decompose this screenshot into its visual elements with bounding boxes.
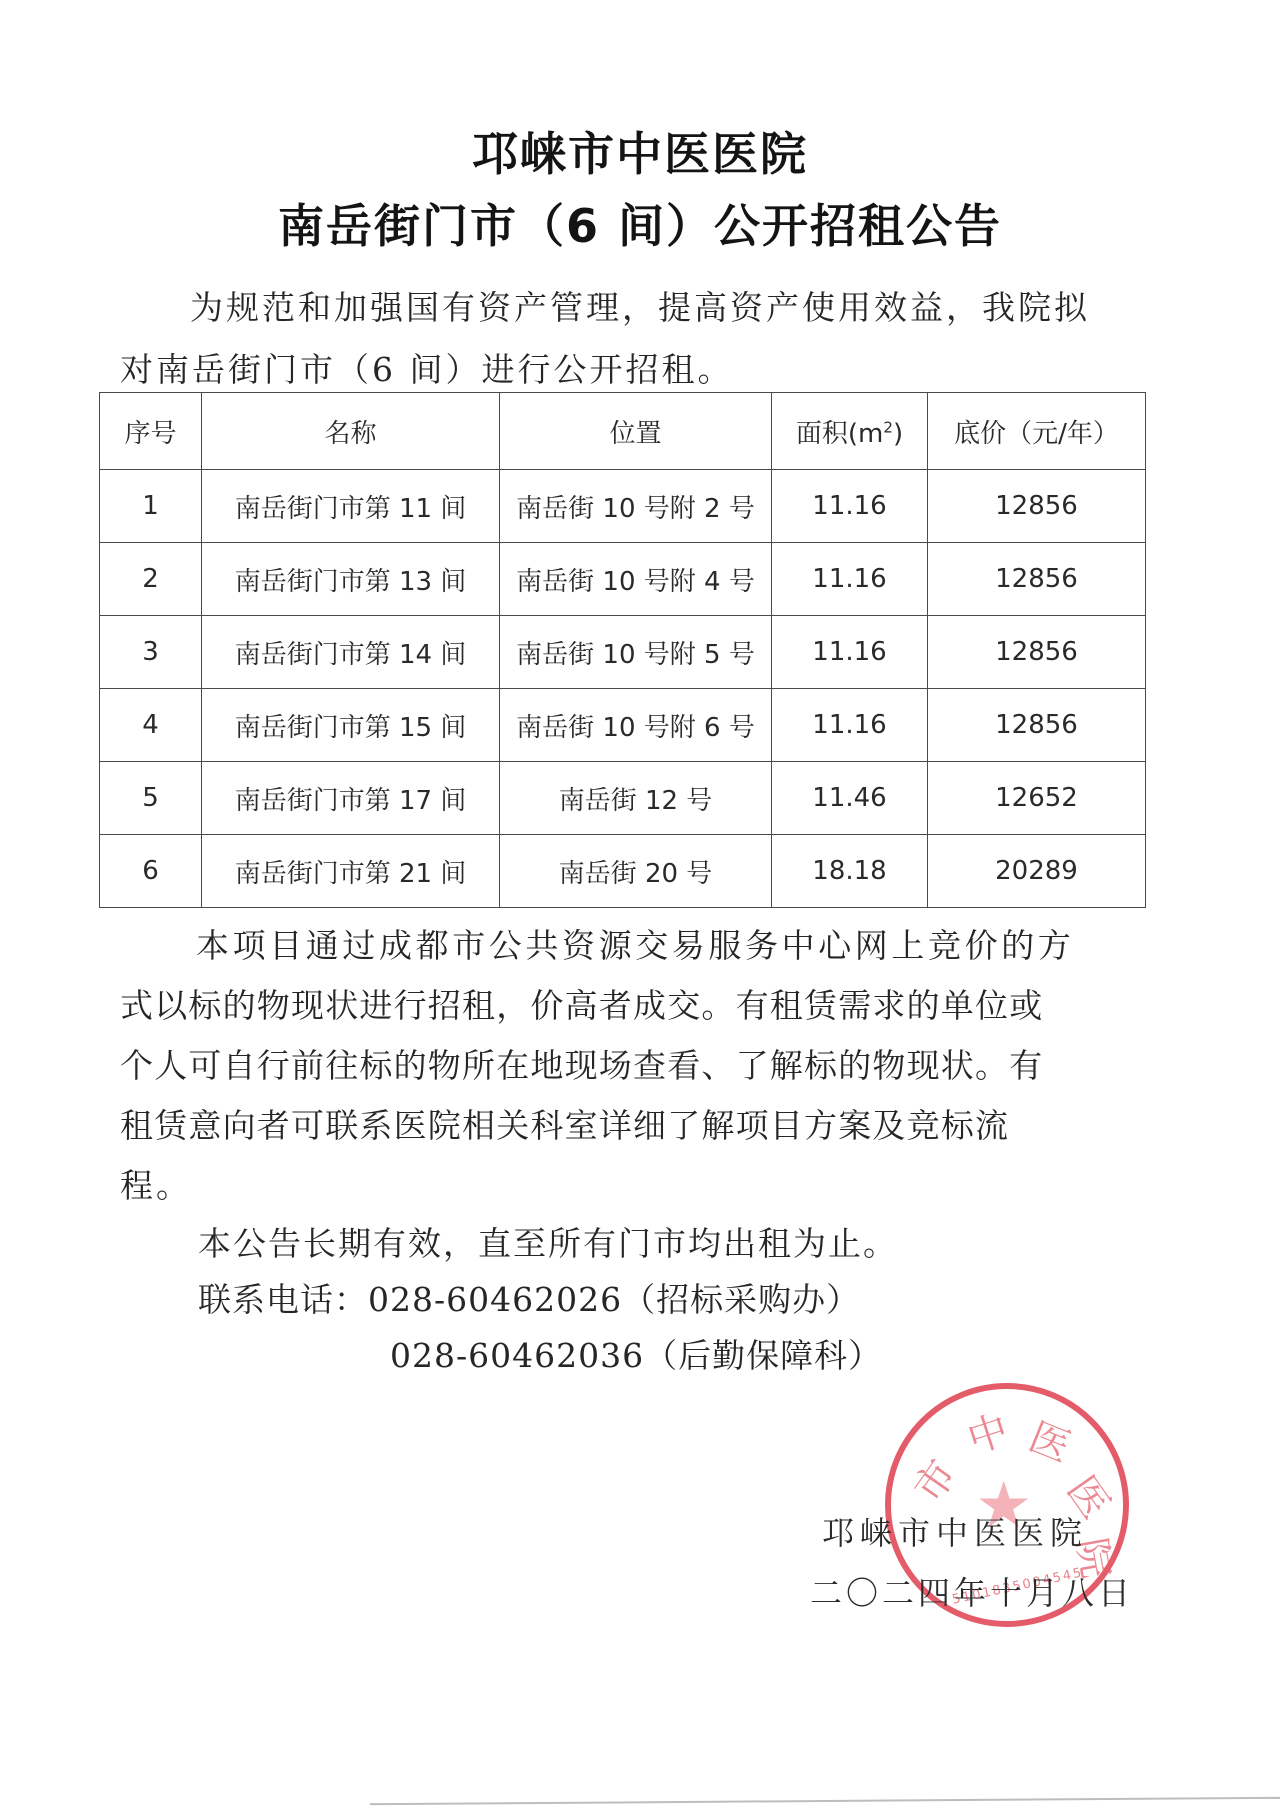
header-area-label: 面积(m [796, 419, 883, 449]
header-name: 名称 [202, 393, 500, 470]
cell-area: 11.16 [772, 689, 928, 762]
cell-index: 3 [100, 616, 202, 689]
cell-price: 12856 [928, 689, 1146, 762]
cell-location: 南岳街 10 号附 5 号 [500, 616, 772, 689]
title-announcement: 南岳街门市（6 间）公开招租公告 [0, 190, 1280, 256]
cell-price: 12652 [928, 762, 1146, 835]
title-hospital: 邛崃市中医医院 [0, 118, 1280, 184]
cell-area: 11.16 [772, 543, 928, 616]
validity-note: 本公告长期有效，直至所有门市均出租为止。 [198, 1218, 898, 1265]
contact-phone-1: 028-60462026（招标采购办） [368, 1280, 860, 1319]
cell-name: 南岳街门市第 15 间 [202, 689, 500, 762]
cell-index: 4 [100, 689, 202, 762]
cell-name: 南岳街门市第 11 间 [202, 470, 500, 543]
header-location: 位置 [500, 393, 772, 470]
cell-index: 6 [100, 835, 202, 908]
cell-location: 南岳街 20 号 [500, 835, 772, 908]
rental-table: 序号 名称 位置 面积(m2) 底价（元/年） 1 南岳街门市第 11 间 南岳… [99, 392, 1146, 908]
cell-area: 11.16 [772, 470, 928, 543]
header-area-close: ) [893, 419, 903, 449]
cell-area: 11.16 [772, 616, 928, 689]
body-line-5: 程。 [120, 1160, 192, 1207]
cell-name: 南岳街门市第 13 间 [202, 543, 500, 616]
table-row: 6 南岳街门市第 21 间 南岳街 20 号 18.18 20289 [100, 835, 1146, 908]
cell-price: 12856 [928, 616, 1146, 689]
cell-location: 南岳街 10 号附 4 号 [500, 543, 772, 616]
body-line-3: 个人可自行前往标的物所在地现场查看、了解标的物现状。有 [120, 1040, 1043, 1087]
cell-area: 11.46 [772, 762, 928, 835]
table-row: 2 南岳街门市第 13 间 南岳街 10 号附 4 号 11.16 12856 [100, 543, 1146, 616]
scan-edge-divider [370, 1797, 1280, 1805]
table-row: 1 南岳街门市第 11 间 南岳街 10 号附 2 号 11.16 12856 [100, 470, 1146, 543]
cell-index: 5 [100, 762, 202, 835]
cell-index: 1 [100, 470, 202, 543]
cell-name: 南岳街门市第 17 间 [202, 762, 500, 835]
body-line-4: 租赁意向者可联系医院相关科室详细了解项目方案及竞标流 [120, 1100, 1009, 1147]
cell-name: 南岳街门市第 14 间 [202, 616, 500, 689]
cell-price: 20289 [928, 835, 1146, 908]
table-row: 4 南岳街门市第 15 间 南岳街 10 号附 6 号 11.16 12856 [100, 689, 1146, 762]
cell-location: 南岳街 10 号附 2 号 [500, 470, 772, 543]
cell-index: 2 [100, 543, 202, 616]
cell-area: 18.18 [772, 835, 928, 908]
table-row: 5 南岳街门市第 17 间 南岳街 12 号 11.46 12652 [100, 762, 1146, 835]
body-line-1: 本项目通过成都市公共资源交易服务中心网上竞价的方 [196, 920, 1074, 967]
cell-price: 12856 [928, 543, 1146, 616]
contact-label: 联系电话： [198, 1280, 368, 1319]
header-price: 底价（元/年） [928, 393, 1146, 470]
header-area: 面积(m2) [772, 393, 928, 470]
table-header-row: 序号 名称 位置 面积(m2) 底价（元/年） [100, 393, 1146, 470]
signature-org: 邛崃市中医医院 [822, 1508, 1088, 1554]
body-line-2: 式以标的物现状进行招租，价高者成交。有租赁需求的单位或 [120, 980, 1043, 1027]
header-area-sup: 2 [883, 418, 893, 436]
contact-line-1: 联系电话：028-60462026（招标采购办） [198, 1274, 860, 1321]
intro-line-2: 对南岳街门市（6 间）进行公开招租。 [120, 344, 734, 391]
table-row: 3 南岳街门市第 14 间 南岳街 10 号附 5 号 11.16 12856 [100, 616, 1146, 689]
contact-line-2: 028-60462036（后勤保障科） [390, 1330, 882, 1377]
cell-price: 12856 [928, 470, 1146, 543]
intro-line-1: 为规范和加强国有资产管理，提高资产使用效益，我院拟 [190, 282, 1090, 329]
signature-date: 二〇二四年十月八日 [810, 1568, 1134, 1614]
seal-char: 医 [1022, 1406, 1080, 1474]
seal-char: 中 [959, 1398, 1015, 1465]
cell-name: 南岳街门市第 21 间 [202, 835, 500, 908]
seal-char: 市 [898, 1447, 968, 1512]
cell-location: 南岳街 12 号 [500, 762, 772, 835]
header-index: 序号 [100, 393, 202, 470]
cell-location: 南岳街 10 号附 6 号 [500, 689, 772, 762]
